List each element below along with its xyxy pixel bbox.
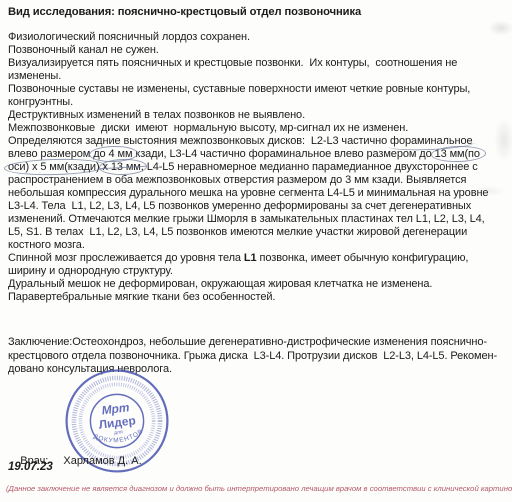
text-segment: L3-L4. Тела L1, L2, L3, L4, L5 позвонков…: [8, 200, 471, 212]
text-segment: Заключение:Остеохондроз, небольшие деген…: [8, 336, 487, 348]
text-line: Деструктивных изменений в телах позвонко…: [8, 109, 512, 122]
pen-annotated-text: до 4 мм: [93, 148, 132, 160]
text-line: изменены.: [8, 70, 512, 83]
text-segment: Определяются задние выстояния межпозвонк…: [8, 135, 390, 147]
text-segment: Деструктивных изменений в телах позвонко…: [8, 109, 305, 121]
text-segment: , L4-L5 неравномерное медианно парамедиа…: [141, 161, 478, 173]
text-segment: ширину и однородную структуру.: [8, 265, 173, 277]
pen-annotated-text: оси) х 5 мм(кзади): [8, 161, 100, 173]
report-date: 19.07.23: [8, 461, 53, 473]
text-line: крестцового отдела позвоночника. Грыжа д…: [8, 350, 512, 364]
pen-annotated-text: х 13 мм: [103, 161, 141, 173]
text-segment: крестцового отдела позвоночника. Грыжа д…: [8, 350, 497, 362]
text-line: Межпозвонковые диски имеют нормальную вы…: [8, 122, 512, 135]
disclaimer-note: (Данное заключение не является диагнозом…: [6, 484, 510, 493]
text-segment: Визуализируется пять поясничных и крестц…: [8, 57, 457, 69]
text-segment: костного мозга.: [8, 239, 85, 251]
text-line: Позвоночные суставы не изменены, суставн…: [8, 83, 512, 96]
text-segment: Межпозвонковые диски имеют нормальную вы…: [8, 122, 408, 134]
text-line: оси) х 5 мм(кзади) х 13 мм, L4-L5 неравн…: [8, 161, 512, 174]
medical-report-page: Вид исследования: пояснично-крестцовый о…: [0, 0, 512, 502]
text-segment: небольшая компрессия дурального мешка на…: [8, 187, 488, 199]
stamp-line-dlya: для: [114, 429, 124, 436]
stamp-center-text: Мрт Лидер для ДОКУМЕНТОВ: [88, 399, 146, 448]
text-line: Определяются задние выстояния межпозвонк…: [8, 135, 512, 148]
pen-annotated-text: фораминальное: [390, 135, 472, 147]
text-line: Дуральный мешок не деформирован, окружаю…: [8, 278, 512, 291]
text-line: ширину и однородную структуру.: [8, 265, 512, 278]
text-segment: Позвоночный канал не сужен.: [8, 44, 159, 56]
text-segment: позвонка, имеет обычную конфигурацию,: [257, 252, 469, 264]
text-line: Визуализируется пять поясничных и крестц…: [8, 57, 512, 70]
text-line: Позвоночный канал не сужен.: [8, 44, 512, 57]
text-segment: изменены.: [8, 70, 61, 82]
text-line: Заключение:Остеохондроз, небольшие деген…: [8, 336, 512, 350]
text-segment: изменений. Отмечаются мелкие грыжи Шморл…: [8, 213, 485, 225]
text-segment: L5, S1. В телах L1, L2, L3, L4, L5 позво…: [8, 226, 467, 238]
text-line: L5, S1. В телах L1, L2, L3, L4, L5 позво…: [8, 226, 512, 239]
text-line: конгруэнтны.: [8, 96, 512, 109]
text-segment: Спинной мозг прослеживается до уровня те…: [8, 252, 244, 264]
pen-annotated-text: 13 мм(по: [435, 148, 480, 160]
text-line: изменений. Отмечаются мелкие грыжи Шморл…: [8, 213, 512, 226]
text-line: костного мозга.: [8, 239, 512, 252]
text-line: небольшая компрессия дурального мешка на…: [8, 187, 512, 200]
text-segment: влево размером: [8, 148, 93, 160]
text-segment: Дуральный мешок не деформирован, окружаю…: [8, 278, 432, 290]
doctor-name: Харламов Д. А.: [63, 455, 141, 467]
text-segment: распространением в оба межпозвонковых от…: [8, 174, 466, 186]
text-segment: конгруэнтны.: [8, 96, 73, 108]
text-segment: Позвоночные суставы не изменены, суставн…: [8, 83, 470, 95]
text-line: L3-L4. Тела L1, L2, L3, L4, L5 позвонков…: [8, 200, 512, 213]
text-line: распространением в оба межпозвонковых от…: [8, 174, 512, 187]
text-segment: Физиологический поясничный лордоз сохран…: [8, 31, 250, 43]
pen-annotated-text: L1: [244, 252, 257, 264]
report-body: Физиологический поясничный лордоз сохран…: [8, 31, 512, 304]
text-line: Паравертебральные мягкие ткани без особе…: [8, 291, 512, 304]
text-line: Физиологический поясничный лордоз сохран…: [8, 31, 512, 44]
text-line: влево размером до 4 мм кзади, L3-L4 част…: [8, 148, 512, 161]
text-segment: Паравертебральные мягкие ткани без особе…: [8, 291, 275, 303]
report-title: Вид исследования: пояснично-крестцовый о…: [8, 6, 361, 18]
text-line: Спинной мозг прослеживается до уровня те…: [8, 252, 512, 265]
text-segment: кзади, L3-L4 частично фораминальное влев…: [132, 148, 434, 160]
